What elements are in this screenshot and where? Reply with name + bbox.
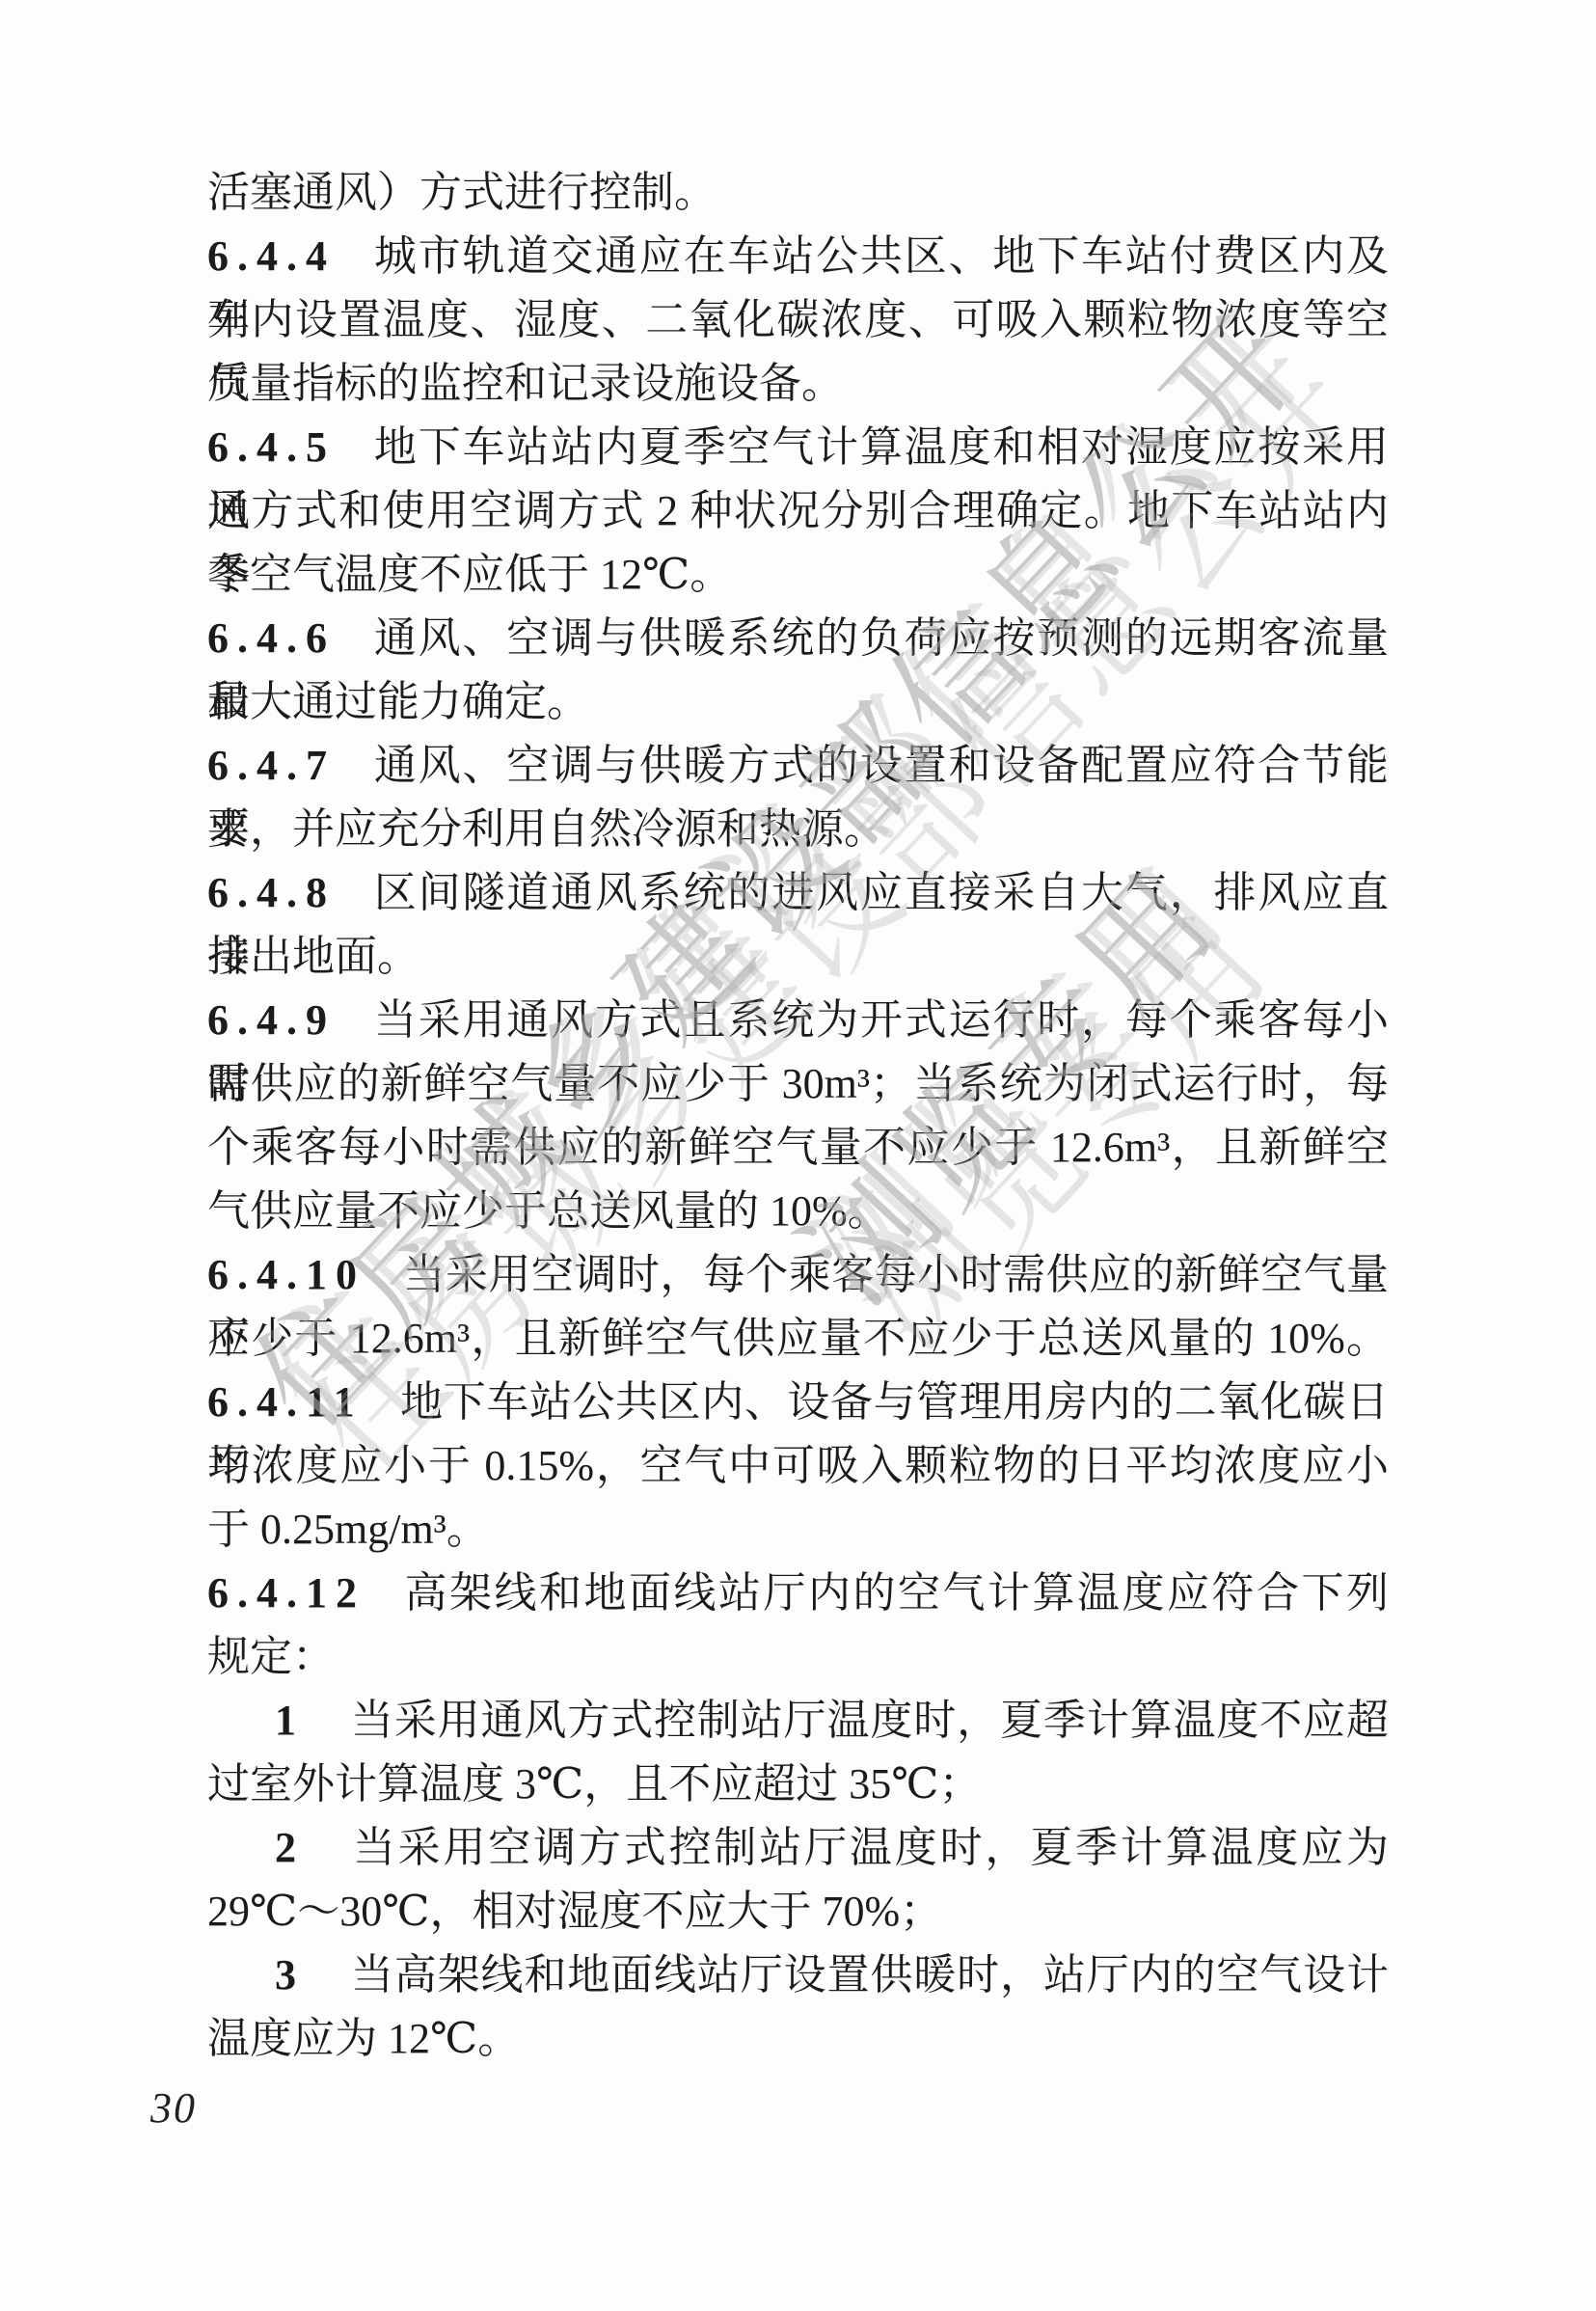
clause-text: 活塞通风）方式进行控制。 xyxy=(207,169,717,216)
clause-text: 最大通过能力确定。 xyxy=(207,678,589,725)
clause-number: 3 xyxy=(275,1951,296,1998)
text-line: 6.4.5地下车站站内夏季空气计算温度和相对湿度应按采用通 xyxy=(207,416,1389,479)
text-line: 3当高架线和地面线站厅设置供暖时，站厅内的空气设计 xyxy=(207,1944,1389,2007)
text-line: 活塞通风）方式进行控制。 xyxy=(207,161,1389,225)
clause-text: 求，并应充分利用自然冷源和热源。 xyxy=(207,805,886,853)
text-line: 需供应的新鲜空气量不应少于 30m³；当系统为闭式运行时，每 xyxy=(207,1052,1389,1116)
text-line: 车内设置温度、湿度、二氧化碳浓度、可吸入颗粒物浓度等空气 xyxy=(207,288,1389,352)
clause-text: 于 0.25mg/m³。 xyxy=(207,1506,489,1553)
text-line: 求，并应充分利用自然冷源和热源。 xyxy=(207,798,1389,861)
text-line: 规定： xyxy=(207,1625,1389,1689)
text-line: 6.4.12高架线和地面线站厅内的空气计算温度应符合下列 xyxy=(207,1562,1389,1625)
text-line: 最大通过能力确定。 xyxy=(207,670,1389,734)
text-line: 6.4.9当采用通风方式且系统为开式运行时，每个乘客每小时 xyxy=(207,989,1389,1052)
clause-text: 应少于 12.6m³，且新鲜空气供应量不应少于总送风量的 10%。 xyxy=(207,1315,1389,1362)
clause-text: 需供应的新鲜空气量不应少于 30m³；当系统为闭式运行时，每 xyxy=(207,1060,1389,1107)
clause-text: 季空气温度不应低于 12℃。 xyxy=(207,551,732,598)
text-line: 1当采用通风方式控制站厅温度时，夏季计算温度不应超 xyxy=(207,1689,1389,1753)
clause-number: 6.4.10 xyxy=(207,1251,365,1298)
clause-text: 当高架线和地面线站厅设置供暖时，站厅内的空气设计 xyxy=(350,1951,1389,1998)
text-line: 季空气温度不应低于 12℃。 xyxy=(207,543,1389,607)
text-line: 6.4.8区间隧道通风系统的进风应直接采自大气，排风应直接 xyxy=(207,861,1389,925)
clause-text: 高架线和地面线站厅内的空气计算温度应符合下列 xyxy=(402,1569,1389,1617)
page-number: 30 xyxy=(150,2083,197,2133)
clause-text: 排出地面。 xyxy=(207,933,419,980)
text-line: 6.4.4城市轨道交通应在车站公共区、地下车站付费区内及列 xyxy=(207,225,1389,288)
text-line: 6.4.6通风、空调与供暖系统的负荷应按预测的远期客流量和 xyxy=(207,607,1389,670)
text-line: 风方式和使用空调方式 2 种状况分别合理确定。地下车站站内冬 xyxy=(207,479,1389,543)
text-line: 温度应为 12℃。 xyxy=(207,2007,1389,2071)
text-line: 6.4.10当采用空调时，每个乘客每小时需供应的新鲜空气量不 xyxy=(207,1243,1389,1307)
document-body: 活塞通风）方式进行控制。6.4.4城市轨道交通应在车站公共区、地下车站付费区内及… xyxy=(207,161,1389,2071)
text-line: 29℃～30℃，相对湿度不应大于 70%； xyxy=(207,1880,1389,1944)
clause-number: 2 xyxy=(275,1824,296,1871)
text-line: 均浓度应小于 0.15%，空气中可吸入颗粒物的日平均浓度应小 xyxy=(207,1434,1389,1498)
text-line: 排出地面。 xyxy=(207,925,1389,989)
clause-number: 6.4.7 xyxy=(207,742,336,789)
clause-number: 1 xyxy=(275,1697,296,1744)
text-line: 2当采用空调方式控制站厅温度时，夏季计算温度应为 xyxy=(207,1816,1389,1880)
clause-number: 6.4.11 xyxy=(207,1378,364,1426)
text-line: 个乘客每小时需供应的新鲜空气量不应少于 12.6m³，且新鲜空 xyxy=(207,1116,1389,1180)
clause-text: 气供应量不应少于总送风量的 10%。 xyxy=(207,1187,890,1235)
clause-text: 过室外计算温度 3℃，且不应超过 35℃； xyxy=(207,1760,981,1808)
clause-text: 温度应为 12℃。 xyxy=(207,2015,520,2062)
text-line: 气供应量不应少于总送风量的 10%。 xyxy=(207,1180,1389,1243)
clause-number: 6.4.6 xyxy=(207,614,336,662)
clause-number: 6.4.4 xyxy=(207,232,336,280)
text-line: 应少于 12.6m³，且新鲜空气供应量不应少于总送风量的 10%。 xyxy=(207,1307,1389,1371)
document-page: 住房城乡建设部信息公开 浏览专用 住房城乡建设部信息公开 浏览专用 活塞通风）方… xyxy=(0,0,1596,2311)
text-line: 过室外计算温度 3℃，且不应超过 35℃； xyxy=(207,1753,1389,1816)
text-line: 于 0.25mg/m³。 xyxy=(207,1498,1389,1562)
text-line: 质量指标的监控和记录设施设备。 xyxy=(207,352,1389,416)
clause-text: 质量指标的监控和记录设施设备。 xyxy=(207,360,844,407)
clause-text: 当采用通风方式控制站厅温度时，夏季计算温度不应超 xyxy=(350,1697,1389,1744)
text-line: 6.4.11地下车站公共区内、设备与管理用房内的二氧化碳日平 xyxy=(207,1371,1389,1434)
clause-text: 29℃～30℃，相对湿度不应大于 70%； xyxy=(207,1888,942,1935)
text-line: 6.4.7通风、空调与供暖方式的设置和设备配置应符合节能要 xyxy=(207,734,1389,798)
clause-text: 当采用空调方式控制站厅温度时，夏季计算温度应为 xyxy=(350,1824,1389,1871)
clause-text: 规定： xyxy=(207,1633,335,1680)
clause-number: 6.4.12 xyxy=(207,1569,365,1617)
clause-text: 均浓度应小于 0.15%，空气中可吸入颗粒物的日平均浓度应小 xyxy=(207,1442,1389,1489)
clause-number: 6.4.9 xyxy=(207,996,336,1044)
clause-number: 6.4.5 xyxy=(207,423,336,471)
clause-number: 6.4.8 xyxy=(207,869,336,916)
clause-text: 个乘客每小时需供应的新鲜空气量不应少于 12.6m³，且新鲜空 xyxy=(207,1124,1389,1171)
